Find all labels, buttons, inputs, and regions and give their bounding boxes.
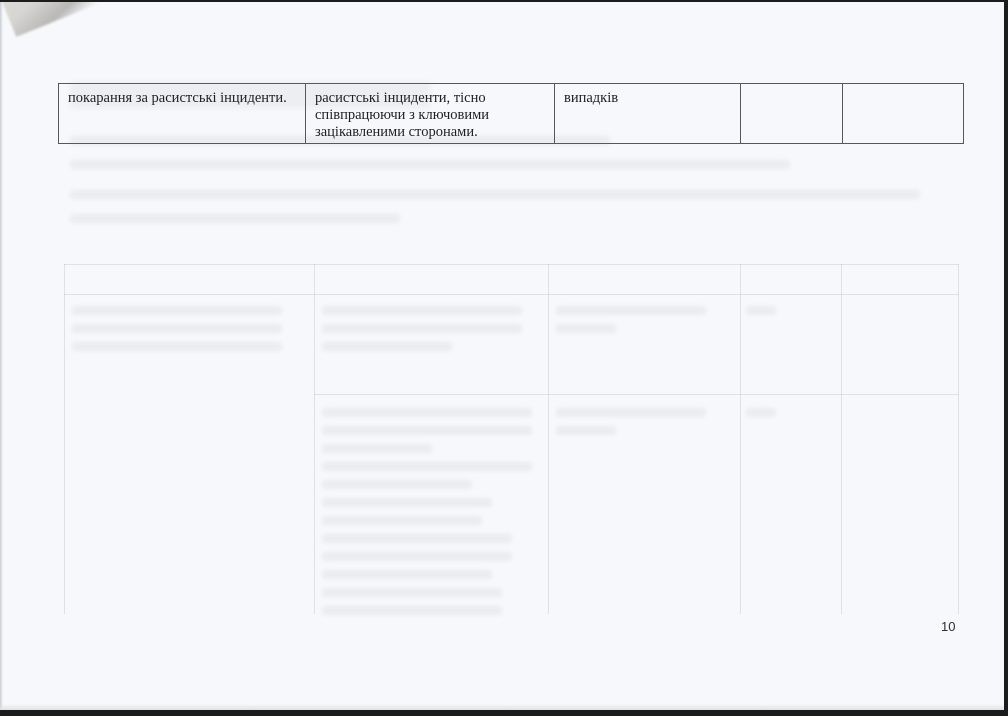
ghost-table-line [64,294,959,295]
ghost-text-line [322,462,532,471]
ghost-text-line [322,426,532,435]
ghost-text-line [556,408,706,417]
page-left-edge [0,2,3,710]
ghost-text-line [72,342,282,351]
ghost-table-line [314,264,315,614]
ghost-text-line [70,190,920,199]
ghost-text-line [72,324,282,333]
ghost-text-line [556,426,616,435]
scanned-page: покарання за расистські інциденти. расис… [0,2,1004,710]
ghost-text-line [72,306,282,315]
ghost-table-line [841,264,842,614]
table-row: покарання за расистські інциденти. расис… [59,84,964,144]
scan-border [1004,0,1008,716]
ghost-text-line [322,552,512,561]
page-number: 10 [941,619,955,634]
table-cell-action: расистські інциденти, тісно співпрацюючи… [306,84,555,144]
page-bottom-edge [0,704,1004,710]
ghost-table-line [64,264,65,614]
ghost-text-line [322,408,532,417]
ghost-text-line [70,214,400,223]
ghost-text-line [746,408,776,417]
ghost-text-line [556,324,616,333]
ghost-text-line [322,516,482,525]
ghost-text-line [322,606,502,615]
table-cell-deadline [741,84,843,144]
ghost-text-line [322,498,492,507]
page-curl-shadow [0,2,118,37]
ghost-text-line [322,480,472,489]
ghost-text-line [322,534,512,543]
ghost-text-line [322,588,502,597]
ghost-text-line [322,444,432,453]
ghost-table-line [548,264,549,614]
action-plan-table: покарання за расистські інциденти. расис… [58,83,964,144]
ghost-text-line [70,160,790,169]
ghost-text-line [322,306,522,315]
ghost-table-line [958,264,959,614]
ghost-table-line [740,264,741,614]
ghost-text-line [322,570,492,579]
ghost-text-line [322,342,452,351]
table-cell-progress [843,84,964,144]
ghost-table-line [64,264,959,265]
ghost-table-line [314,394,959,395]
table-cell-indicator: випадків [555,84,741,144]
ghost-text-line [556,306,706,315]
table-cell-objective: покарання за расистські інциденти. [59,84,306,144]
ghost-text-line [322,324,522,333]
ghost-text-line [746,306,776,315]
